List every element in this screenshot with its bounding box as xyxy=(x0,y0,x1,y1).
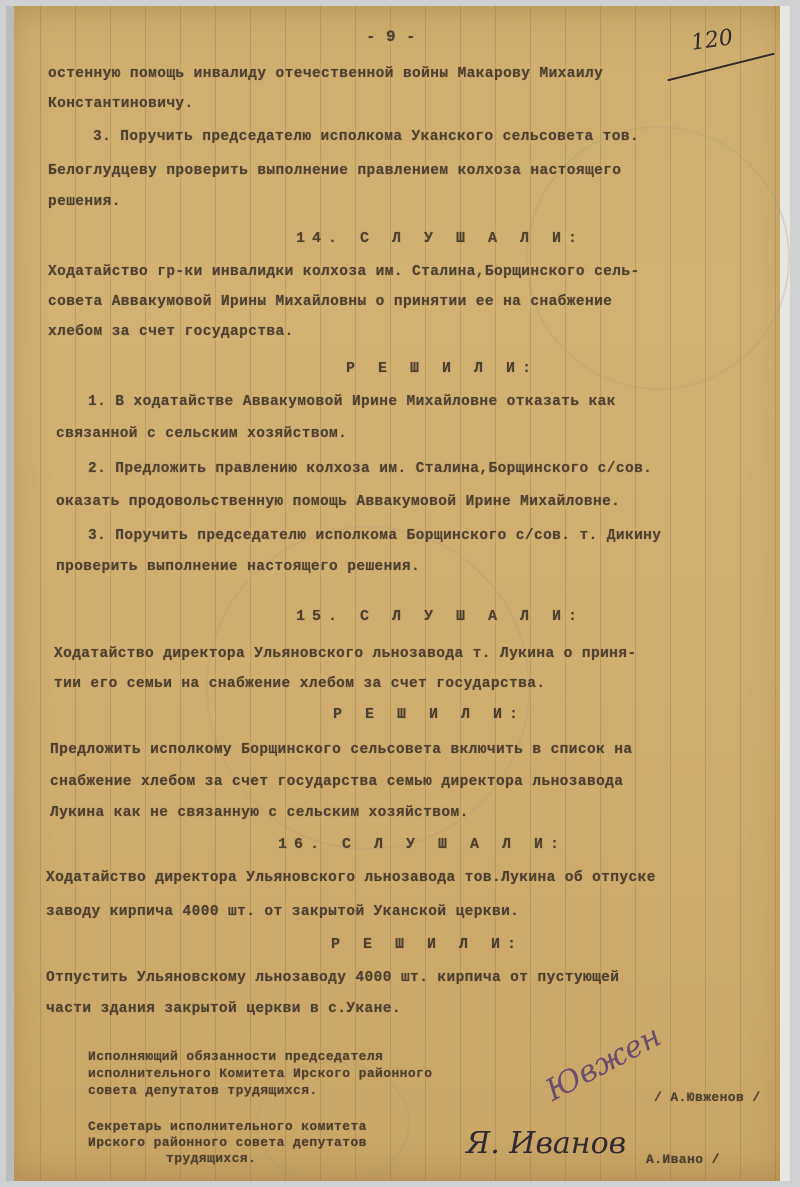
archive-number-underline xyxy=(667,53,774,82)
text-line: оказать продовольственную помощь Аввакум… xyxy=(56,494,620,510)
text-line: 3. Поручить председателю исполкома Борщи… xyxy=(88,528,661,544)
decided-heading-14: Р Е Ш И Л И: xyxy=(346,360,538,377)
page-number: - 9 - xyxy=(366,28,416,46)
text-line: Ходатайство директора Ульяновского льноз… xyxy=(46,870,656,886)
scan-right-edge xyxy=(780,6,790,1181)
text-line: решения. xyxy=(48,194,121,210)
chair-signature: Ювжен xyxy=(540,1019,667,1109)
chair-title-line: Исполняющий обязанности председателя xyxy=(88,1049,383,1064)
text-line: Ходатайство директора Ульяновского льноз… xyxy=(54,646,637,662)
text-line: снабжение хлебом за счет государства сем… xyxy=(50,774,623,790)
text-line: Константиновичу. xyxy=(48,96,194,112)
chair-title-line: исполнительного Комитета Ирского районно… xyxy=(88,1066,432,1081)
text-line: совета Аввакумовой Ирины Михайловны о пр… xyxy=(48,294,612,310)
document-page: - 9 - 120 остенную помощь инвалиду отече… xyxy=(6,6,790,1181)
secretary-title-line: Секретарь исполнительного комитета xyxy=(88,1119,367,1134)
secretary-title-line: трудящихся. xyxy=(166,1151,256,1166)
text-line: хлебом за счет государства. xyxy=(48,324,294,340)
text-line: 1. В ходатайстве Аввакумовой Ирине Михай… xyxy=(88,394,616,410)
archive-sheet-number: 120 xyxy=(689,25,734,56)
heard-heading-15: 15. С Л У Ш А Л И: xyxy=(296,608,584,625)
decided-heading-16: Р Е Ш И Л И: xyxy=(331,936,523,953)
text-line: Лукина как не связанную с сельским хозяй… xyxy=(50,805,469,821)
secretary-signature: Я. Иванов xyxy=(466,1126,626,1161)
text-line: 3. Поручить председателю исполкома Уканс… xyxy=(93,129,639,145)
heard-heading-16: 16. С Л У Ш А Л И: xyxy=(278,836,566,853)
text-line: Ходатайство гр-ки инвалидки колхоза им. … xyxy=(48,264,640,280)
secretary-title-line: Ирского районного совета депутатов xyxy=(88,1135,367,1150)
chair-name: / А.Ювженов / xyxy=(654,1090,761,1105)
text-line: тии его семьи на снабжение хлебом за сче… xyxy=(54,676,545,692)
decided-heading-15: Р Е Ш И Л И: xyxy=(333,706,525,723)
text-line: остенную помощь инвалиду отечественной в… xyxy=(48,66,603,82)
text-line: связанной с сельским хозяйством. xyxy=(56,426,347,442)
text-line: проверить выполнение настоящего решения. xyxy=(56,559,420,575)
text-line: части здания закрытой церкви в с.Укане. xyxy=(46,1001,401,1017)
text-line: Отпустить Ульяновскому льнозаводу 4000 ш… xyxy=(46,970,619,986)
text-line: Предложить исполкому Борщинского сельсов… xyxy=(50,742,633,758)
text-line: Белоглудцеву проверить выполнение правле… xyxy=(48,163,621,179)
scan-left-margin xyxy=(6,6,14,1181)
chair-title-line: совета депутатов трудящихся. xyxy=(88,1083,318,1098)
text-line: заводу кирпича 4000 шт. от закрытой Укан… xyxy=(46,904,519,920)
scan-frame: - 9 - 120 остенную помощь инвалиду отече… xyxy=(0,0,800,1187)
text-line: 2. Предложить правлению колхоза им. Стал… xyxy=(88,461,652,477)
secretary-name: А.Ивано / xyxy=(646,1152,720,1167)
heard-heading-14: 14. С Л У Ш А Л И: xyxy=(296,230,584,247)
